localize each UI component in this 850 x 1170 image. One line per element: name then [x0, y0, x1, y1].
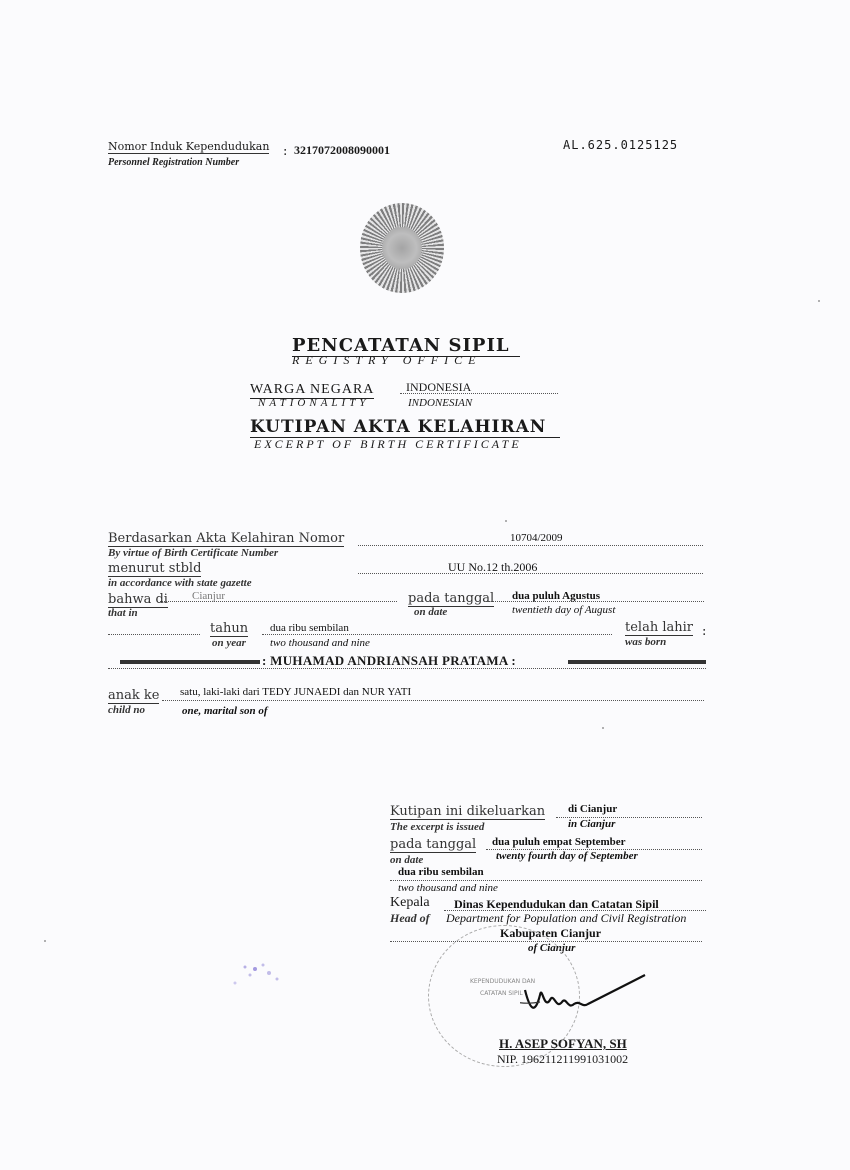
child-name-line	[108, 668, 706, 669]
was-born-colon: :	[702, 624, 706, 639]
year-value-en: two thousand and nine	[270, 637, 370, 649]
name-bar-right	[568, 660, 706, 664]
place-value: Cianjur	[192, 590, 225, 602]
document-title-en: EXCERPT OF BIRTH CERTIFICATE	[254, 437, 522, 452]
nik-label: Nomor Induk Kependudukan	[108, 140, 269, 154]
registration-number: AL.625.0125125	[563, 138, 678, 152]
birth-date-value-en: twentieth day of August	[512, 604, 615, 616]
nik-label-en: Personnel Registration Number	[108, 157, 239, 169]
issued-year-value: dua ribu sembilan	[398, 866, 484, 878]
gazette-label-en: in accordance with state gazette	[108, 577, 252, 589]
year-label: tahun	[210, 621, 248, 637]
ink-smudge-icon	[225, 955, 285, 995]
signer-name: H. ASEP SOFYAN, SH	[499, 1036, 627, 1052]
signature-icon	[520, 970, 650, 1020]
issued-place-en: in Cianjur	[568, 818, 615, 830]
name-bar-left	[120, 660, 260, 664]
scan-speck	[505, 520, 507, 522]
signer-nip: NIP. 196211211991031002	[497, 1052, 628, 1067]
was-born-label: telah lahir	[625, 620, 693, 636]
nik-colon: :	[283, 144, 287, 159]
office-title-en: REGISTRY OFFICE	[292, 353, 481, 368]
issued-date-value-en: twenty fourth day of September	[496, 850, 638, 862]
year-value: dua ribu sembilan	[270, 622, 349, 634]
child-no-value-en: one, marital son of	[182, 705, 268, 717]
department-name: Dinas Kependudukan dan Catatan Sipil	[454, 897, 659, 912]
year-leading-dots	[108, 634, 200, 635]
issued-label: Kutipan ini dikeluarkan	[390, 804, 545, 820]
issued-date-label-en: on date	[390, 854, 423, 866]
gazette-value: UU No.12 th.2006	[448, 560, 537, 575]
was-born-label-en: was born	[625, 636, 666, 648]
scan-speck	[602, 727, 604, 729]
scan-speck	[44, 940, 46, 942]
department-name-en: Department for Population and Civil Regi…	[446, 911, 686, 926]
scan-speck	[818, 300, 820, 302]
stamp-text-line2: CATATAN SIPIL	[480, 990, 523, 997]
issued-year-line	[390, 880, 702, 881]
issued-place: di Cianjur	[568, 803, 617, 815]
place-label: bahwa di	[108, 592, 168, 608]
year-label-en: on year	[212, 637, 246, 649]
birth-date-label-en: on date	[414, 606, 447, 618]
nationality-label-en: NATIONALITY	[258, 397, 369, 409]
certificate-number-label-en: By virtue of Birth Certificate Number	[108, 547, 278, 559]
child-no-value: satu, laki-laki dari TEDY JUNAEDI dan NU…	[180, 686, 411, 698]
birth-date-value: dua puluh Agustus	[512, 590, 600, 602]
issued-year-value-en: two thousand and nine	[398, 882, 498, 894]
garuda-emblem-icon	[360, 203, 444, 293]
head-label-en: Head of	[390, 911, 430, 926]
child-no-label-en: child no	[108, 704, 145, 716]
gazette-label: menurut stbld	[108, 561, 201, 577]
document-title: KUTIPAN AKTA KELAHIRAN	[250, 417, 560, 438]
child-no-line	[162, 700, 704, 701]
year-line	[262, 634, 612, 635]
place-label-en: that in	[108, 607, 138, 619]
issued-date-label: pada tanggal	[390, 837, 476, 853]
certificate-number-label: Berdasarkan Akta Kelahiran Nomor	[108, 531, 344, 547]
issued-label-en: The excerpt is issued	[390, 821, 484, 833]
head-label: Kepala	[390, 895, 430, 911]
nationality-dotted-line	[400, 393, 558, 394]
issued-date-value: dua puluh empat September	[492, 836, 626, 848]
nationality-value-en: INDONESIAN	[408, 397, 472, 409]
certificate-number-value: 10704/2009	[510, 532, 563, 544]
certificate-number-line	[358, 545, 703, 546]
birth-date-label: pada tanggal	[408, 591, 494, 607]
child-name: : MUHAMAD ANDRIANSAH PRATAMA :	[262, 653, 516, 669]
child-no-label: anak ke	[108, 688, 159, 704]
nik-value: 3217072008090001	[294, 143, 390, 158]
